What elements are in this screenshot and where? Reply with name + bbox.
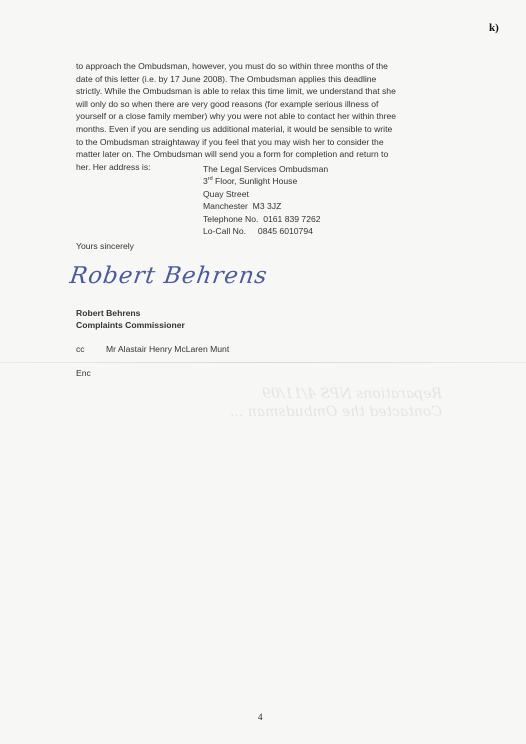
address-locall: Lo-Call No. 0845 6010794	[203, 225, 328, 237]
signer-block: Robert Behrens Complaints Commissioner	[76, 307, 185, 331]
cc-label: cc	[76, 344, 106, 354]
exhibit-label: k)	[489, 22, 499, 34]
address-floor: 3rd Floor, Sunlight House	[203, 175, 328, 187]
closing: Yours sincerely	[76, 241, 134, 251]
floor-rest: Floor, Sunlight House	[213, 176, 298, 186]
cc-name: Mr Alastair Henry McLaren Munt	[106, 344, 229, 354]
bleed-line: Contacted the Ombudsman ...	[230, 403, 442, 421]
body-line: months. Even if you are sending us addit…	[76, 123, 476, 136]
letter-page: k) to approach the Ombudsman, however, y…	[0, 0, 526, 744]
cc-line: ccMr Alastair Henry McLaren Munt	[76, 344, 229, 354]
body-line: matter later on. The Ombudsman will send…	[76, 148, 476, 161]
address-name: The Legal Services Ombudsman	[203, 163, 328, 175]
body-line: date of this letter (i.e. by 17 June 200…	[76, 73, 476, 86]
signer-name: Robert Behrens	[76, 307, 185, 319]
handwritten-signature: Robert Behrens	[68, 263, 269, 289]
page-number: 4	[258, 712, 263, 722]
body-line: yourself or a close family member) why y…	[76, 110, 476, 123]
body-line: to the Ombudsman straightaway if you fee…	[76, 136, 476, 149]
body-line: to approach the Ombudsman, however, you …	[76, 60, 476, 73]
address-telephone: Telephone No. 0161 839 7262	[203, 213, 328, 225]
body-line: will only do so when there are very good…	[76, 98, 476, 111]
paper-fold-line	[0, 362, 526, 363]
bleed-through-handwriting: Reparations NPS 4/11/09 Contacted the Om…	[230, 385, 442, 421]
body-line: strictly. While the Ombudsman is able to…	[76, 85, 476, 98]
enclosure-label: Enc	[76, 368, 91, 378]
bleed-line: Reparations NPS 4/11/09	[230, 385, 442, 403]
signer-title: Complaints Commissioner	[76, 319, 185, 331]
address-city: Manchester M3 3JZ	[203, 200, 328, 212]
letter-body: to approach the Ombudsman, however, you …	[76, 60, 476, 173]
address-street: Quay Street	[203, 188, 328, 200]
ombudsman-address: The Legal Services Ombudsman 3rd Floor, …	[203, 163, 328, 237]
